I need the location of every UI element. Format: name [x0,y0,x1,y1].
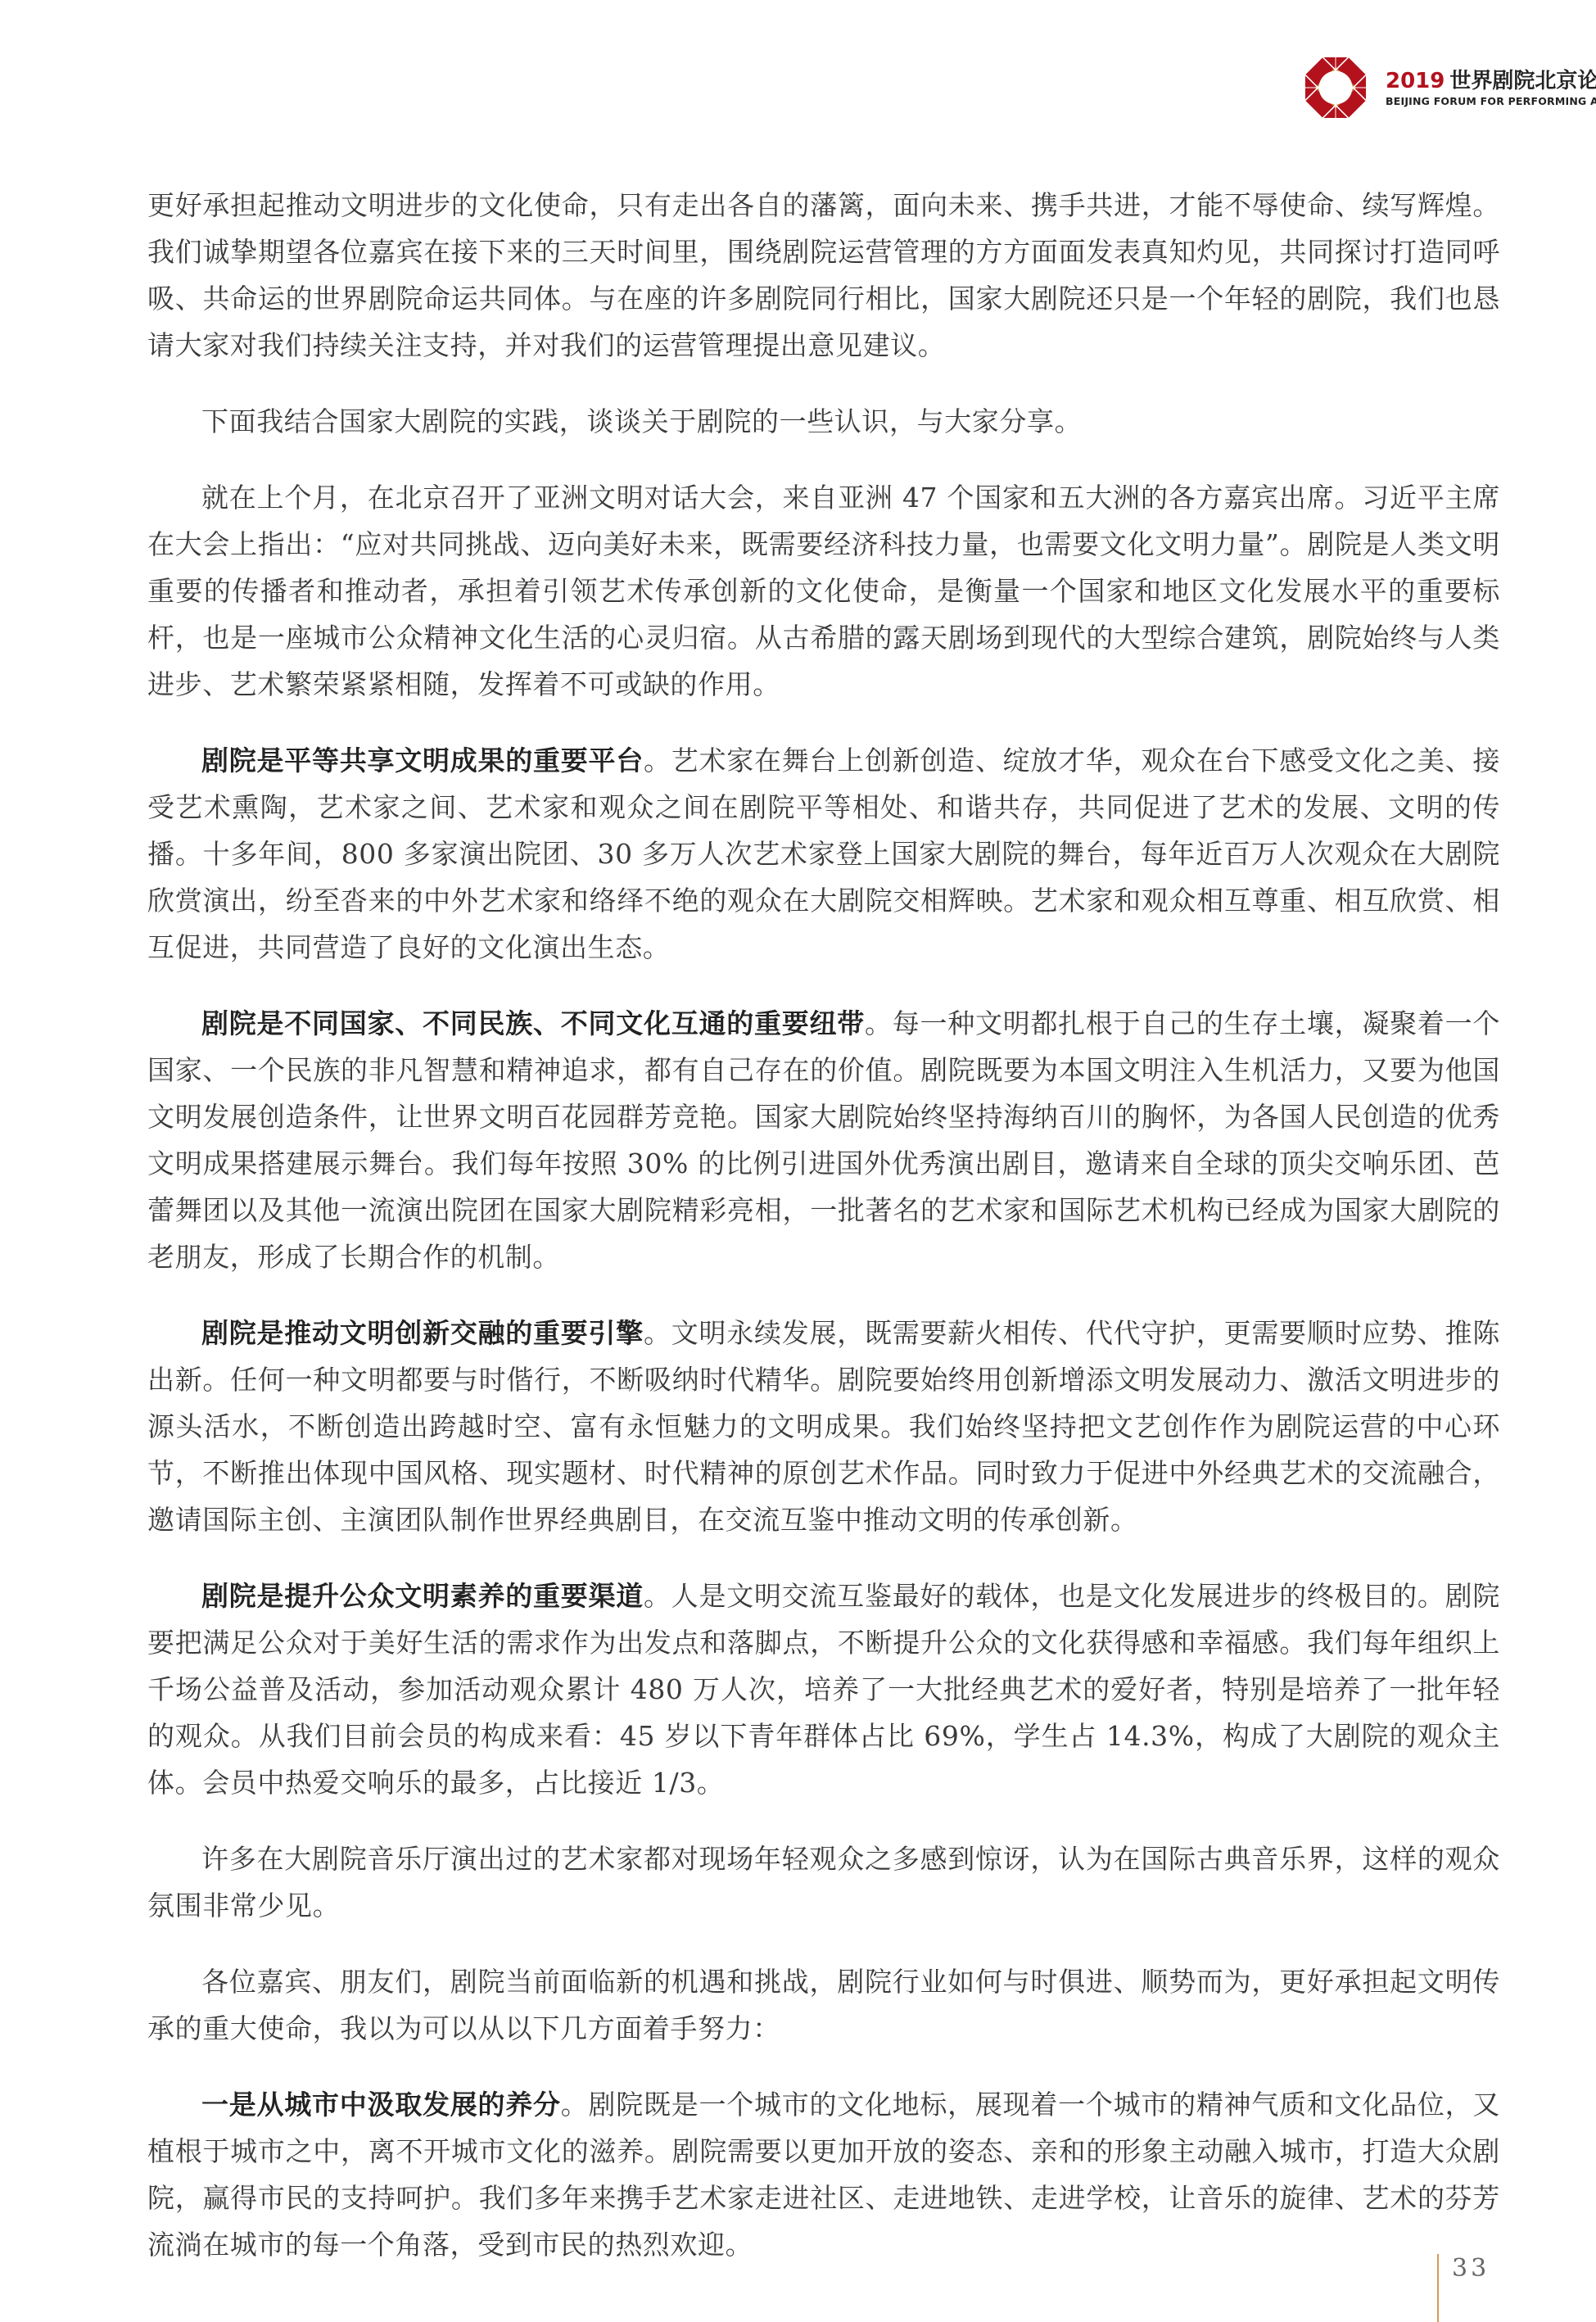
logo-title: 2019世界剧院北京论坛 [1386,69,1596,93]
logo-year: 2019 [1386,69,1445,93]
paragraph-lead: 一是从城市中汲取发展的养分 [201,2089,561,2121]
paragraph: 剧院是平等共享文明成果的重要平台。艺术家在舞台上创新创造、绽放才华，观众在台下感… [147,737,1500,971]
paragraph: 剧院是不同国家、不同民族、不同文化互通的重要纽带。每一种文明都扎根于自己的生存土… [147,1000,1500,1280]
paragraph: 各位嘉宾、朋友们，剧院当前面临新的机遇和挑战，剧院行业如何与时俱进、顺势而为，更… [147,1958,1500,2052]
paragraph-lead: 剧院是不同国家、不同民族、不同文化互通的重要纽带 [201,1007,865,1039]
paragraph: 许多在大剧院音乐厅演出过的艺术家都对现场年轻观众之多感到惊讶，认为在国际古典音乐… [147,1835,1500,1929]
paragraph: 就在上个月，在北京召开了亚洲文明对话大会，来自亚洲 47 个国家和五大洲的各方嘉… [147,474,1500,708]
logo-subtitle: BEIJING FORUM FOR PERFORMING ARTS [1386,95,1596,107]
paragraph-lead: 剧院是推动文明创新交融的重要引擎 [201,1317,644,1349]
paragraph-text: 各位嘉宾、朋友们，剧院当前面临新的机遇和挑战，剧院行业如何与时俱进、顺势而为，更… [147,1966,1500,2044]
page-footer-rule: 33 [1437,2254,1439,2322]
paragraph-text: 更好承担起推动文明进步的文化使命，只有走出各自的藩篱，面向未来、携手共进，才能不… [147,189,1500,361]
paragraph-text: 许多在大剧院音乐厅演出过的艺术家都对现场年轻观众之多感到惊讶，认为在国际古典音乐… [147,1843,1500,1921]
paragraph: 更好承担起推动文明进步的文化使命，只有走出各自的藩篱，面向未来、携手共进，才能不… [147,182,1500,369]
forum-logo: 2019世界剧院北京论坛 BEIJING FORUM FOR PERFORMIN… [1304,56,1596,120]
body-text: 更好承担起推动文明进步的文化使命，只有走出各自的藩篱，面向未来、携手共进，才能不… [147,182,1500,2297]
paragraph: 剧院是推动文明创新交融的重要引擎。文明永续发展，既需要薪火相传、代代守护，更需要… [147,1310,1500,1543]
paragraph-text: 。文明永续发展，既需要薪火相传、代代守护，更需要顺时应势、推陈出新。任何一种文明… [147,1317,1500,1536]
paragraph-lead: 剧院是提升公众文明素养的重要渠道 [201,1580,644,1612]
paragraph-lead: 剧院是平等共享文明成果的重要平台 [201,745,644,776]
page-number: 33 [1452,2254,1490,2283]
paragraph-text: 就在上个月，在北京召开了亚洲文明对话大会，来自亚洲 47 个国家和五大洲的各方嘉… [147,482,1500,700]
paragraph-text: 下面我结合国家大剧院的实践，谈谈关于剧院的一些认识，与大家分享。 [201,405,1082,437]
paragraph: 下面我结合国家大剧院的实践，谈谈关于剧院的一些认识，与大家分享。 [147,398,1500,445]
logo-title-text: 世界剧院北京论坛 [1449,69,1596,93]
paragraph-text: 。艺术家在舞台上创新创造、绽放才华，观众在台下感受文化之美、接受艺术熏陶，艺术家… [147,745,1500,963]
paragraph: 一是从城市中汲取发展的养分。剧院既是一个城市的文化地标，展现着一个城市的精神气质… [147,2081,1500,2268]
paragraph-text: 。每一种文明都扎根于自己的生存土壤，凝聚着一个国家、一个民族的非凡智慧和精神追求… [147,1007,1500,1273]
octagon-lattice-logo-icon [1304,56,1368,120]
paragraph: 剧院是提升公众文明素养的重要渠道。人是文明交流互鉴最好的载体，也是文化发展进步的… [147,1573,1500,1806]
paragraph-text: 。人是文明交流互鉴最好的载体，也是文化发展进步的终极目的。剧院要把满足公众对于美… [147,1580,1500,1799]
